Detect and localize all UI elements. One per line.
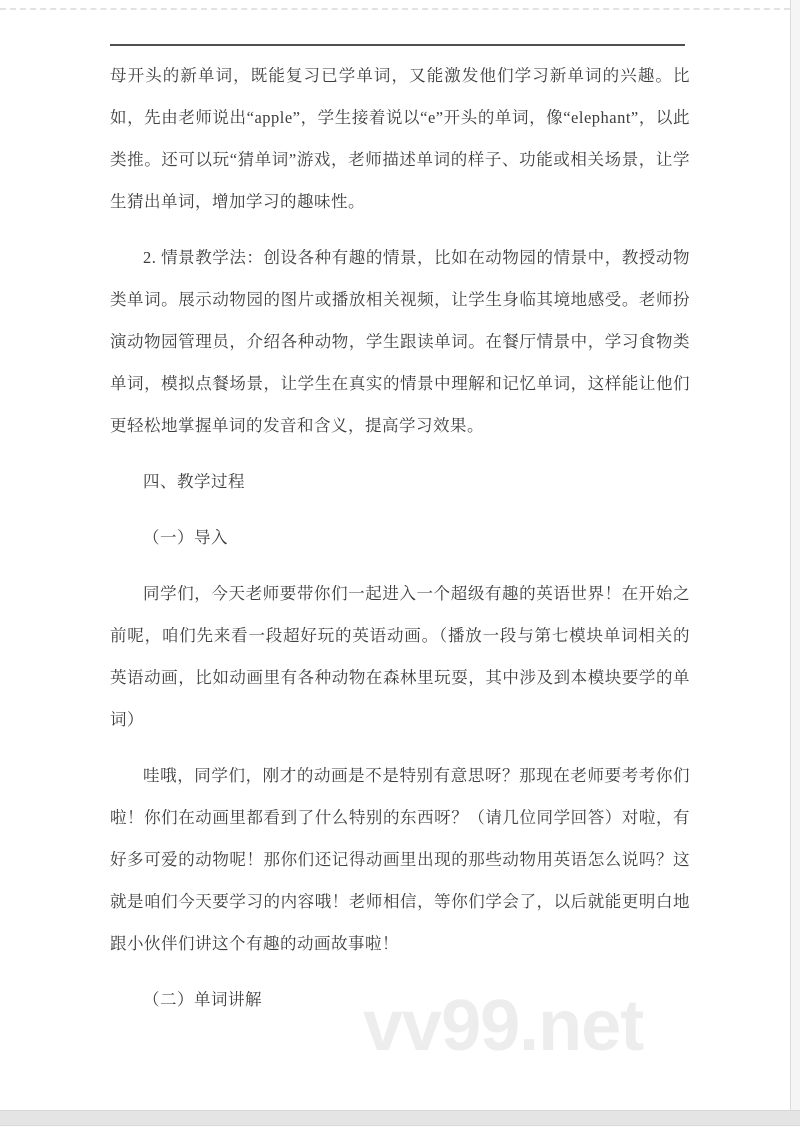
watermark: vv99.net [363,985,643,1067]
sub-heading-lead-in: （一）导入 [110,517,690,559]
paragraph-continuation: 母开头的新单词，既能复习已学单词，又能激发他们学习新单词的兴趣。比如，先由老师说… [110,55,690,223]
paragraph-lead-in-questions: 哇哦，同学们，刚才的动画是不是特别有意思呀？那现在老师要考考你们啦！你们在动画里… [110,755,690,965]
document-viewer: 母开头的新单词，既能复习已学单词，又能激发他们学习新单词的兴趣。比如，先由老师说… [0,0,800,1137]
paragraph-lead-in-intro: 同学们，今天老师要带你们一起进入一个超级有趣的英语世界！在开始之前呢，咱们先来看… [110,573,690,741]
next-page-top [0,1127,800,1137]
page-right-margin [791,0,800,1110]
page-top-dashed-divider [0,8,800,10]
header-rule [110,44,685,46]
paragraph-scene-teaching: 2. 情景教学法：创设各种有趣的情景，比如在动物园的情景中，教授动物类单词。展示… [110,237,690,447]
document-body: 母开头的新单词，既能复习已学单词，又能激发他们学习新单词的兴趣。比如，先由老师说… [110,55,690,1035]
page-gap-divider [0,1110,800,1126]
section-heading-teaching-process: 四、教学过程 [110,461,690,503]
document-page: 母开头的新单词，既能复习已学单词，又能激发他们学习新单词的兴趣。比如，先由老师说… [0,0,791,1110]
